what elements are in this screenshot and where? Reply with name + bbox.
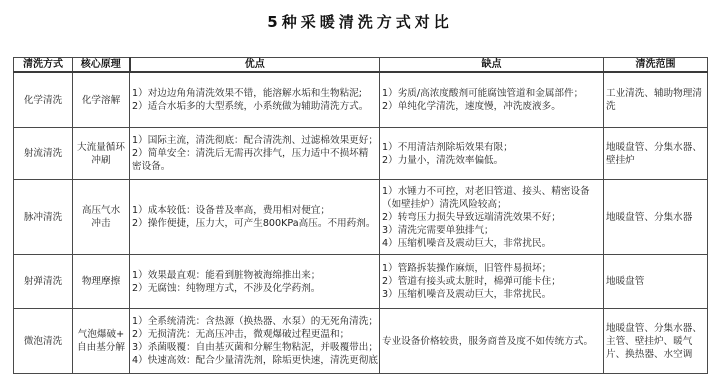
header-scope: 清洗范围 — [604, 58, 708, 73]
cons-item: 4）压缩机噪音及震动巨大，非常扰民。 — [382, 237, 601, 250]
cons-item: 1）劣质/高浓度酸剂可能腐蚀管道和金属部件； — [382, 87, 601, 100]
cons-item: 1）水锤力不可控，对老旧管道、接头、精密设备（如壁挂炉）清洗风险较高； — [382, 185, 601, 211]
table-row: 射流清洗 大流量循环 冲刷 1）国际主流，清洗彻底：配合清洗剂、过滤棉效果更好；… — [14, 128, 708, 180]
principle-cell: 高压气水 冲击 — [73, 180, 130, 255]
cons-item: 1）管路拆装操作麻烦，旧管件易损坏； — [382, 262, 601, 275]
pros-item: 1）全系统清洗：含热源（换热器、水泵）的无死角清洗； — [132, 315, 377, 328]
header-principle: 核心原理 — [73, 58, 130, 73]
cons-item: 2）力量小，清洗效率偏低。 — [382, 154, 601, 167]
principle-cell: 化学溶解 — [73, 72, 130, 128]
principle-cell: 大流量循环 冲刷 — [73, 128, 130, 180]
pros-item: 1）成本较低：设备普及率高，费用相对便宜； — [132, 204, 377, 217]
cons-cell: 1）不用清洁剂除垢效果有限； 2）力量小，清洗效率偏低。 — [380, 128, 604, 180]
pros-item: 2）无损清洗：无高压冲击，微观爆破过程更温和； — [132, 328, 377, 341]
pros-item: 2）操作便捷，压力大，可产生800KPa高压。不用药剂。 — [132, 217, 377, 230]
cons-item: 2）管道有接头或太脏时，棉弹可能卡住； — [382, 275, 601, 288]
table-row: 脉冲清洗 高压气水 冲击 1）成本较低：设备普及率高，费用相对便宜； 2）操作便… — [14, 180, 708, 255]
method-cell: 射流清洗 — [14, 128, 73, 180]
table-row: 射弹清洗 物理摩擦 1）效果最直观：能看到脏物被海绵推出来； 2）无腐蚀：纯物理… — [14, 255, 708, 309]
pros-item: 1）国际主流，清洗彻底：配合清洗剂、过滤棉效果更好； — [132, 134, 377, 147]
table-header-row: 清洗方式 核心原理 优点 缺点 清洗范围 — [14, 58, 708, 73]
pros-cell: 1）国际主流，清洗彻底：配合清洗剂、过滤棉效果更好； 2）简单安全：清洗后无需再… — [130, 128, 380, 180]
pros-cell: 1）对边边角角清洗效果不错，能溶解水垢和生物粘泥; 2）适合水垢多的大型系统，小… — [130, 72, 380, 128]
page-title: 5种采暖清洗方式对比 — [0, 11, 720, 32]
header-method: 清洗方式 — [14, 58, 73, 73]
cons-item: 2）单纯化学清洗，速度慢，冲洗废液多。 — [382, 100, 601, 113]
cons-item: 专业设备价格较贵，服务商普及度不如传统方式。 — [382, 335, 601, 348]
pros-cell: 1）效果最直观：能看到脏物被海绵推出来； 2）无腐蚀：纯物理方式，不涉及化学药剂… — [130, 255, 380, 309]
principle-cell: 气泡爆破+ 自由基分解 — [73, 309, 130, 374]
header-pros: 优点 — [130, 58, 380, 73]
principle-cell: 物理摩擦 — [73, 255, 130, 309]
pros-cell: 1）全系统清洗：含热源（换热器、水泵）的无死角清洗； 2）无损清洗：无高压冲击，… — [130, 309, 380, 374]
method-cell: 微泡清洗 — [14, 309, 73, 374]
scope-cell: 工业清洗、辅助物理清洗 — [604, 72, 708, 128]
cons-item: 3）压缩机噪音及震动巨大，非常扰民。 — [382, 288, 601, 301]
cons-cell: 1）水锤力不可控，对老旧管道、接头、精密设备（如壁挂炉）清洗风险较高； 2）转弯… — [380, 180, 604, 255]
pros-item: 4）快速高效：配合少量清洗剂，除垢更快速，清洗更彻底 — [132, 354, 377, 367]
cons-item: 2）转弯压力损失导致远端清洗效果不好； — [382, 211, 601, 224]
scope-cell: 地暖盘管 — [604, 255, 708, 309]
scope-cell: 地暖盘管、分集水器、主管、壁挂炉、暖气片、换热器、水空调 — [604, 309, 708, 374]
pros-item: 3）杀菌吸覆：自由基灭菌和分解生物粘泥，并吸覆带出； — [132, 341, 377, 354]
pros-item: 2）适合水垢多的大型系统，小系统做为辅助清洗方式。 — [132, 100, 377, 113]
pros-item: 1）对边边角角清洗效果不错，能溶解水垢和生物粘泥; — [132, 87, 377, 100]
method-cell: 化学清洗 — [14, 72, 73, 128]
cons-item: 1）不用清洁剂除垢效果有限； — [382, 141, 601, 154]
cons-item: 3）清洗完需要单独排气； — [382, 224, 601, 237]
pros-item: 2）无腐蚀：纯物理方式，不涉及化学药剂。 — [132, 282, 377, 295]
table-row: 微泡清洗 气泡爆破+ 自由基分解 1）全系统清洗：含热源（换热器、水泵）的无死角… — [14, 309, 708, 374]
method-cell: 射弹清洗 — [14, 255, 73, 309]
scope-cell: 地暖盘管、分集水器、壁挂炉 — [604, 128, 708, 180]
pros-cell: 1）成本较低：设备普及率高，费用相对便宜； 2）操作便捷，压力大，可产生800K… — [130, 180, 380, 255]
pros-item: 1）效果最直观：能看到脏物被海绵推出来； — [132, 269, 377, 282]
table-row: 化学清洗 化学溶解 1）对边边角角清洗效果不错，能溶解水垢和生物粘泥; 2）适合… — [14, 72, 708, 128]
cons-cell: 1）管路拆装操作麻烦，旧管件易损坏； 2）管道有接头或太脏时，棉弹可能卡住； 3… — [380, 255, 604, 309]
method-cell: 脉冲清洗 — [14, 180, 73, 255]
cons-cell: 1）劣质/高浓度酸剂可能腐蚀管道和金属部件； 2）单纯化学清洗，速度慢，冲洗废液… — [380, 72, 604, 128]
cons-cell: 专业设备价格较贵，服务商普及度不如传统方式。 — [380, 309, 604, 374]
scope-cell: 地暖盘管、分集水器 — [604, 180, 708, 255]
pros-item: 2）简单安全：清洗后无需再次排气，压力适中不损坏精密设备。 — [132, 147, 377, 173]
comparison-table: 清洗方式 核心原理 优点 缺点 清洗范围 化学清洗 化学溶解 1）对边边角角清洗… — [13, 57, 708, 374]
header-cons: 缺点 — [380, 58, 604, 73]
